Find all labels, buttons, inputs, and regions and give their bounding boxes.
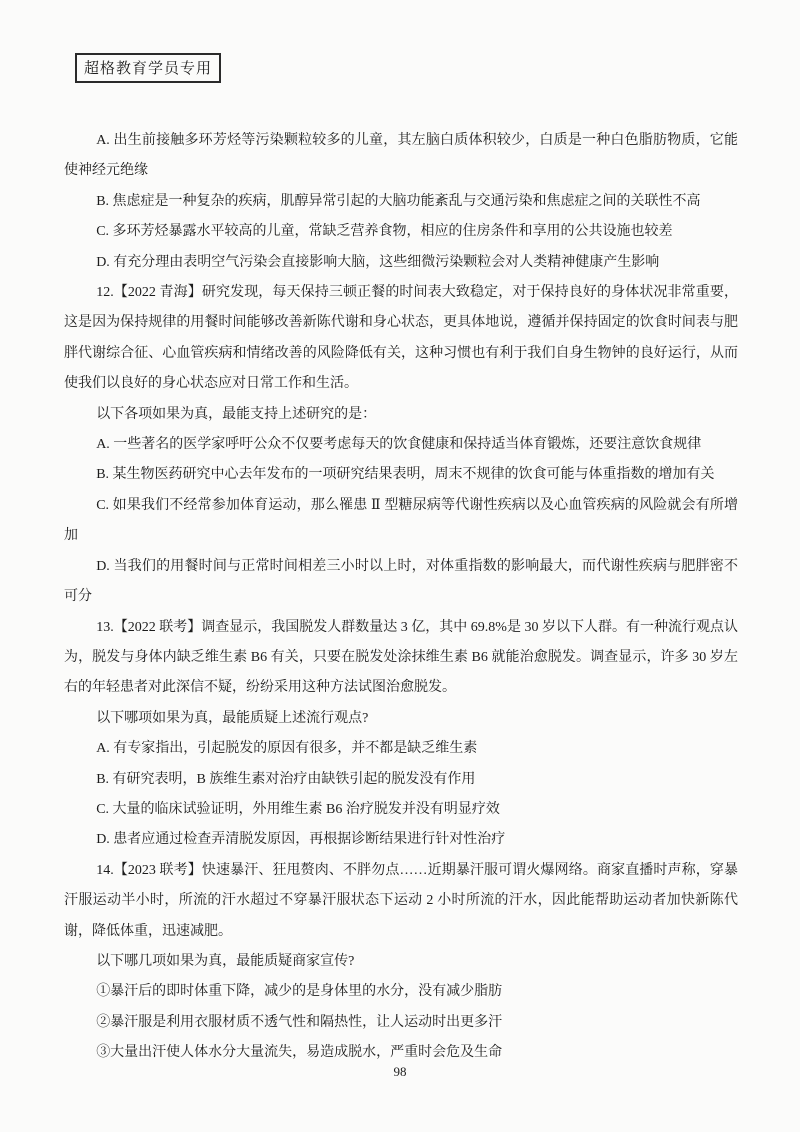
q12-option-d: D. 当我们的用餐时间与正常时间相差三小时以上时，对体重指数的影响最大，而代谢性… xyxy=(64,552,738,613)
q13-option-a: A. 有专家指出，引起脱发的原因有很多，并不都是缺乏维生素 xyxy=(64,734,738,764)
q11-option-d: D. 有充分理由表明空气污染会直接影响大脑，这些细微污染颗粒会对人类精神健康产生… xyxy=(64,248,738,278)
page-footer: 98 xyxy=(0,1064,800,1080)
question-13-prompt: 以下哪项如果为真，最能质疑上述流行观点? xyxy=(64,704,738,734)
q11-option-a: A. 出生前接触多环芳烃等污染颗粒较多的儿童，其左脑白质体积较少，白质是一种白色… xyxy=(64,126,738,187)
q13-option-c: C. 大量的临床试验证明，外用维生素 B6 治疗脱发并没有明显疗效 xyxy=(64,795,738,825)
page-number: 98 xyxy=(394,1064,407,1079)
question-12-stem: 12.【2022 青海】研究发现，每天保持三顿正餐的时间表大致稳定，对于保持良好… xyxy=(64,278,738,400)
student-edition-badge: 超格教育学员专用 xyxy=(75,53,221,83)
document-body: A. 出生前接触多环芳烃等污染颗粒较多的儿童，其左脑白质体积较少，白质是一种白色… xyxy=(64,126,738,1069)
q12-option-a: A. 一些著名的医学家呼吁公众不仅要考虑每天的饮食健康和保持适当体育锻炼，还要注… xyxy=(64,430,738,460)
question-14-stem: 14.【2023 联考】快速暴汗、狂甩赘肉、不胖勿点……近期暴汗服可谓火爆网络。… xyxy=(64,856,738,947)
question-14-prompt: 以下哪几项如果为真，最能质疑商家宣传? xyxy=(64,947,738,977)
document-page: 超格教育学员专用 A. 出生前接触多环芳烃等污染颗粒较多的儿童，其左脑白质体积较… xyxy=(0,0,800,1132)
question-12-prompt: 以下各项如果为真，最能支持上述研究的是： xyxy=(64,400,738,430)
q12-option-c: C. 如果我们不经常参加体育运动，那么罹患 Ⅱ 型糖尿病等代谢性疾病以及心血管疾… xyxy=(64,491,738,552)
q12-option-b: B. 某生物医药研究中心去年发布的一项研究结果表明，周末不规律的饮食可能与体重指… xyxy=(64,460,738,490)
q14-statement-1: ①暴汗后的即时体重下降，减少的是身体里的水分，没有减少脂肪 xyxy=(64,977,738,1007)
q13-option-b: B. 有研究表明，B 族维生素对治疗由缺铁引起的脱发没有作用 xyxy=(64,765,738,795)
q13-option-d: D. 患者应通过检查弄清脱发原因，再根据诊断结果进行针对性治疗 xyxy=(64,825,738,855)
q11-option-c: C. 多环芳烃暴露水平较高的儿童，常缺乏营养食物，相应的住房条件和享用的公共设施… xyxy=(64,217,738,247)
question-13-stem: 13.【2022 联考】调查显示，我国脱发人群数量达 3 亿，其中 69.8%是… xyxy=(64,613,738,704)
q11-option-b: B. 焦虑症是一种复杂的疾病，肌醇异常引起的大脑功能紊乱与交通污染和焦虑症之间的… xyxy=(64,187,738,217)
q14-statement-2: ②暴汗服是利用衣服材质不透气性和隔热性，让人运动时出更多汗 xyxy=(64,1008,738,1038)
badge-label: 超格教育学员专用 xyxy=(84,61,212,77)
